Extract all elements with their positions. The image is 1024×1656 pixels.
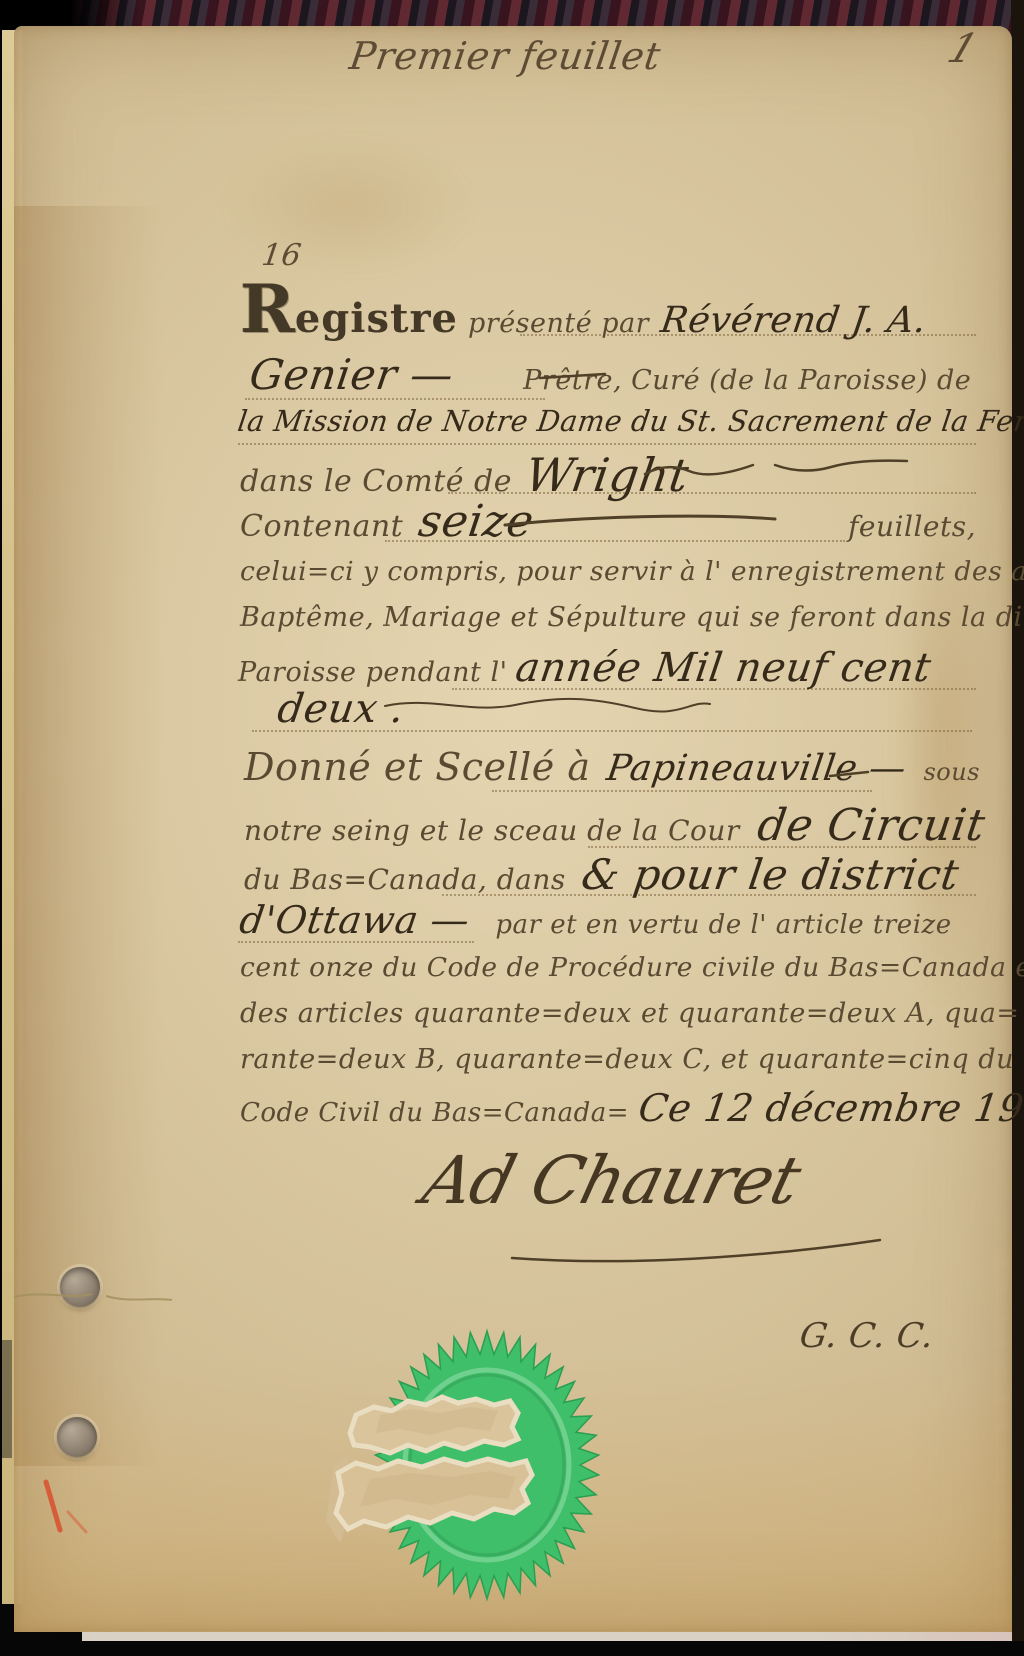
- handwritten-date: Ce 12 décembre 1901_: [636, 1086, 1024, 1130]
- handwritten-entry: Wright: [522, 448, 692, 502]
- handwritten-entry: de Circuit: [754, 800, 988, 851]
- punch-hole-bottom: [57, 1417, 97, 1457]
- printed-text: Contenant: [240, 509, 403, 544]
- form-line-11: notre seing et le sceau de la Cour de Ci…: [244, 800, 985, 851]
- page-bottom-edge: [82, 1631, 1012, 1641]
- fill-line: [238, 443, 976, 445]
- handwritten-entry: seize: [416, 496, 538, 547]
- paper-stain: [184, 116, 514, 296]
- form-line-17: Code Civil du Bas=Canada= Ce 12 décembre…: [240, 1086, 1024, 1130]
- form-line-16: rante=deux B, quarante=deux C, et quaran…: [240, 1044, 1014, 1075]
- printed-text: par et en vertu de l' article treize: [495, 910, 951, 940]
- form-line-13: d'Ottawa — par et en vertu de l' article…: [240, 898, 952, 942]
- scan-edge-bottom: [0, 1641, 1024, 1656]
- printed-text: Prêtre, Curé (de la Paroisse) de: [523, 365, 971, 396]
- entry-number: 16: [260, 238, 304, 273]
- printed-text: Code Civil du Bas=Canada=: [240, 1098, 629, 1128]
- handwritten-entry: d'Ottawa —: [237, 898, 473, 942]
- printed-text: celui=ci y compris, pour servir à l' enr…: [240, 556, 1024, 587]
- form-line-6: celui=ci y compris, pour servir à l' enr…: [240, 556, 1024, 587]
- printed-text: du Bas=Canada, dans: [244, 863, 566, 896]
- printed-text: Paroisse pendant l': [238, 657, 508, 688]
- printed-text: Baptême, Mariage et Sépulture qui se fer…: [240, 602, 1024, 633]
- form-line-14: cent onze du Code de Procédure civile du…: [240, 952, 1024, 983]
- paper-stain: [14, 1356, 1012, 1632]
- form-line-12: du Bas=Canada, dans & pour le district: [244, 850, 958, 899]
- printed-text: feuillets,: [848, 510, 976, 543]
- page-edge-left-stain: [2, 1340, 12, 1458]
- printed-text: rante=deux B, quarante=deux C, et quaran…: [240, 1044, 1014, 1075]
- signature-text: Ad Chauret: [415, 1142, 807, 1219]
- printed-text: Donné et Scellé à: [244, 745, 591, 789]
- handwritten-entry: la Mission de Notre Dame du St. Sacremen…: [236, 404, 1024, 438]
- handwritten-entry: Genier —: [247, 350, 457, 399]
- form-line-1: Registre présenté par Révérend J. A.: [240, 283, 926, 342]
- signature-title: G. C. C.: [800, 1316, 934, 1356]
- register-title-page-scan: Premier feuillet 1 16 Registre présenté …: [0, 0, 1024, 1656]
- form-line-3: la Mission de Notre Dame du St. Sacremen…: [238, 404, 1024, 438]
- form-line-4: dans le Comté de Wright: [240, 448, 688, 502]
- printed-text: sous: [923, 758, 980, 786]
- printed-text: cent onze du Code de Procédure civile du…: [240, 952, 1024, 983]
- fill-line: [492, 790, 872, 792]
- handwritten-entry: année Mil neuf cent: [512, 645, 933, 691]
- form-line-15: des articles quarante=deux et quarante=d…: [240, 998, 1019, 1029]
- form-line-7: Baptême, Mariage et Sépulture qui se fer…: [240, 602, 1024, 633]
- printed-text: notre seing et le sceau de la Cour: [244, 814, 740, 847]
- punch-hole-top: [60, 1267, 100, 1307]
- form-line-8: Paroisse pendant l' année Mil neuf cent: [238, 645, 930, 691]
- handwritten-entry: Révérend J. A.: [658, 300, 929, 341]
- printed-text: dans le Comté de: [240, 464, 512, 499]
- form-line-10: Donné et Scellé à Papineauville — sous: [244, 745, 980, 789]
- handwritten-entry: deux .: [275, 686, 407, 732]
- title-word: Registre: [240, 283, 458, 342]
- form-line-5: Contenant seize feuillets,: [240, 496, 976, 547]
- header-annotation: Premier feuillet: [347, 34, 664, 78]
- signature-title-text: G. C. C.: [797, 1316, 936, 1356]
- printed-text: présenté par: [468, 308, 649, 339]
- form-line-9: deux .: [278, 686, 404, 732]
- printed-text: des articles quarante=deux et quarante=d…: [240, 998, 1019, 1029]
- scan-edge-right: [1011, 0, 1024, 1656]
- handwritten-entry: Papineauville —: [604, 748, 909, 789]
- form-line-2: Genier — Prêtre, Curé (de la Paroisse) d…: [250, 350, 971, 399]
- signature: Ad Chauret: [425, 1142, 798, 1219]
- handwritten-entry: & pour le district: [578, 850, 962, 899]
